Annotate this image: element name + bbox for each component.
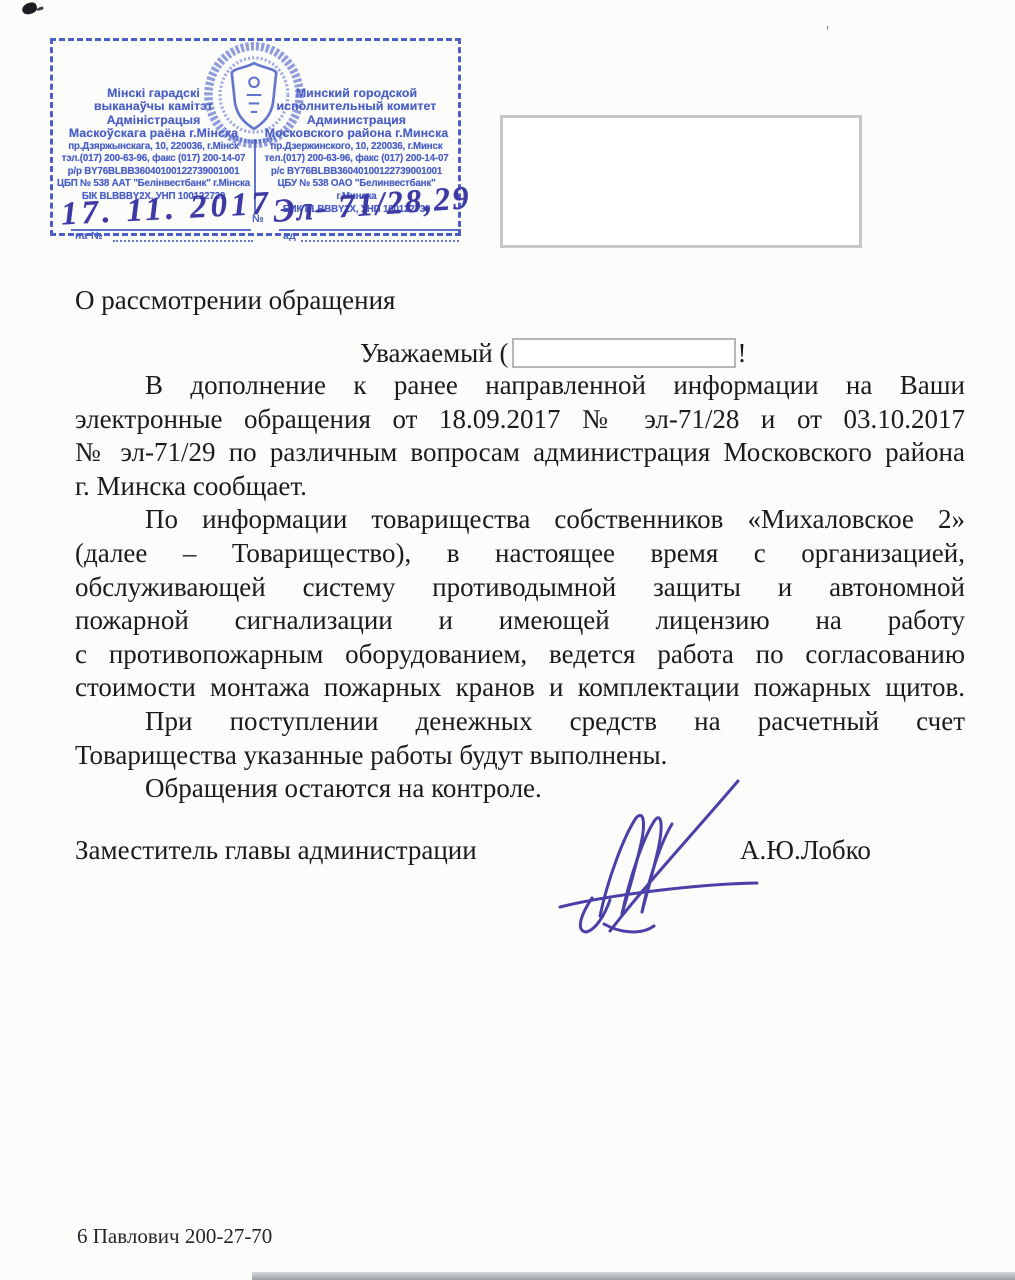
- stamp-line: Минский городской: [259, 87, 454, 100]
- stamp-line: тэл.(017) 200-63-96, факс (017) 200-14-0…: [56, 153, 251, 166]
- redaction-box-address: [500, 115, 862, 248]
- letter-body: В дополнение к ранее направленной информ…: [75, 369, 965, 806]
- body-line: обслуживающей систему противодымной защи…: [75, 571, 965, 605]
- scan-artifact-tick: ': [826, 22, 829, 43]
- handwritten-signature-icon: [548, 766, 770, 944]
- body-line: Обращения остаются на контроле.: [75, 772, 965, 806]
- scan-artifact-corner: [21, 1, 38, 16]
- stamp-column-belarusian: Мінскі гарадсківыканаўчы камітэтАдмініст…: [56, 87, 251, 204]
- stamp-line: р/с BY76BLBB36040100122739001001: [259, 166, 454, 179]
- signer-title: Заместитель главы администрации: [75, 835, 477, 866]
- redaction-box-name: [512, 338, 736, 368]
- from-dotted-line: [301, 240, 459, 242]
- paragraph-4: Обращения остаются на контроле.: [75, 772, 965, 806]
- salutation-prefix: Уважаемый (: [360, 338, 509, 368]
- scan-edge-shadow: [252, 1272, 1015, 1280]
- letter-subject: О рассмотрении обращения: [75, 285, 395, 316]
- number-underline: [279, 229, 461, 231]
- body-line: с противопожарным оборудованием, ведется…: [75, 638, 965, 672]
- stamp-line: Администрация: [259, 114, 454, 127]
- body-line: В дополнение к ранее направленной информ…: [75, 369, 965, 403]
- stamp-line: исполнительный комитет: [259, 100, 454, 113]
- stamp-line: Мінскі гарадскі: [56, 87, 251, 100]
- body-line: По информации товарищества собственников…: [75, 503, 965, 537]
- body-line: № эл-71/29 по различным вопросам админис…: [75, 436, 965, 470]
- body-line: пожарной сигнализации и имеющей лицензию…: [75, 604, 965, 638]
- from-label: ад: [283, 230, 296, 242]
- stamp-line: тел.(017) 200-63-96, факс (017) 200-14-0…: [259, 153, 454, 166]
- stamp-line: Маскоўскага раёна г.Мінска: [56, 127, 251, 140]
- stamp-line: р/р BY76BLBB36040100122739001001: [56, 166, 251, 179]
- stamp-line: пр.Дзяржынскага, 10, 220036, г.Мінск: [56, 141, 251, 154]
- stamp-line: Московского района г.Минска: [259, 127, 454, 140]
- body-line: электронные обращения от 18.09.2017 № эл…: [75, 403, 965, 437]
- stamp-line: Адміністрацыя: [56, 114, 251, 127]
- footer-contact: 6 Павлович 200-27-70: [77, 1224, 272, 1249]
- body-line: При поступлении денежных средств на расч…: [75, 705, 965, 739]
- letterhead-stamp: Мінскі гарадсківыканаўчы камітэтАдмініст…: [50, 38, 461, 236]
- paragraph-1: В дополнение к ранее направленной информ…: [75, 369, 965, 503]
- stamp-line: пр.Дзержинского, 10, 220036, г.Минск: [259, 141, 454, 154]
- ref-dotted-line: [113, 240, 253, 242]
- salutation-line: Уважаемый (!: [75, 338, 965, 369]
- stamp-line: выканаўчы камітэт: [56, 100, 251, 113]
- salutation-suffix: !: [738, 338, 747, 368]
- body-line: (далее – Товарищество), в настоящее врем…: [75, 537, 965, 571]
- body-line: Товарищества указанные работы будут выпо…: [75, 739, 965, 773]
- body-line: г. Минска сообщает.: [75, 470, 965, 504]
- paragraph-3: При поступлении денежных средств на расч…: [75, 705, 965, 772]
- body-line: стоимости монтажа пожарных кранов и комп…: [75, 671, 965, 705]
- paragraph-2: По информации товарищества собственников…: [75, 503, 965, 705]
